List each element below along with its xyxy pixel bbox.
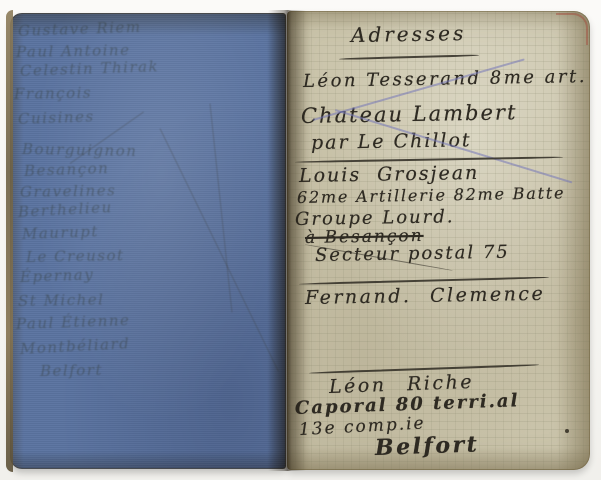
pencil-line: Celestin Thirak <box>20 57 160 80</box>
pencil-line: Gustave Riem <box>18 18 142 40</box>
address-line: par Le Chillot <box>311 131 472 153</box>
address-line: Louis Grosjean <box>299 164 480 186</box>
pencil-line: Paul Étienne <box>16 311 131 333</box>
pencil-line: Berthelieu <box>18 198 114 221</box>
pencil-line: François <box>14 84 92 103</box>
pencil-line: St Michel <box>18 290 105 310</box>
pencil-stroke <box>160 128 279 371</box>
pencil-line: Belfort <box>40 361 103 380</box>
left-page-blue-cover: Gustave Riem Paul Antoine Celestin Thira… <box>10 13 286 469</box>
address-line: 62me Artillerie 82me Batte <box>297 185 566 206</box>
red-page-edge-accent <box>556 13 588 45</box>
address-line: Secteur postal 75 <box>315 244 510 265</box>
right-page-addresses: Adresses Léon Tesserand 8me art. Chateau… <box>287 11 590 470</box>
pencil-line: Cuisines <box>18 107 95 128</box>
ink-speck <box>565 429 569 433</box>
title-underline <box>339 54 479 60</box>
pencil-stroke <box>210 103 233 312</box>
address-line: Léon Tesserand 8me art. <box>303 68 587 91</box>
address-line: Belfort <box>375 433 480 459</box>
pencil-line: Le Creusot <box>26 246 125 266</box>
pencil-line: Besançon <box>24 159 110 180</box>
address-line: Fernand. Clemence <box>305 285 546 308</box>
scanned-notebook-photo: Gustave Riem Paul Antoine Celestin Thira… <box>0 0 601 480</box>
pencil-line: Montbéliard <box>20 334 131 358</box>
pencil-line: Maurupt <box>22 222 100 243</box>
page-title: Adresses <box>351 23 467 45</box>
pencil-line: Épernay <box>20 265 95 286</box>
